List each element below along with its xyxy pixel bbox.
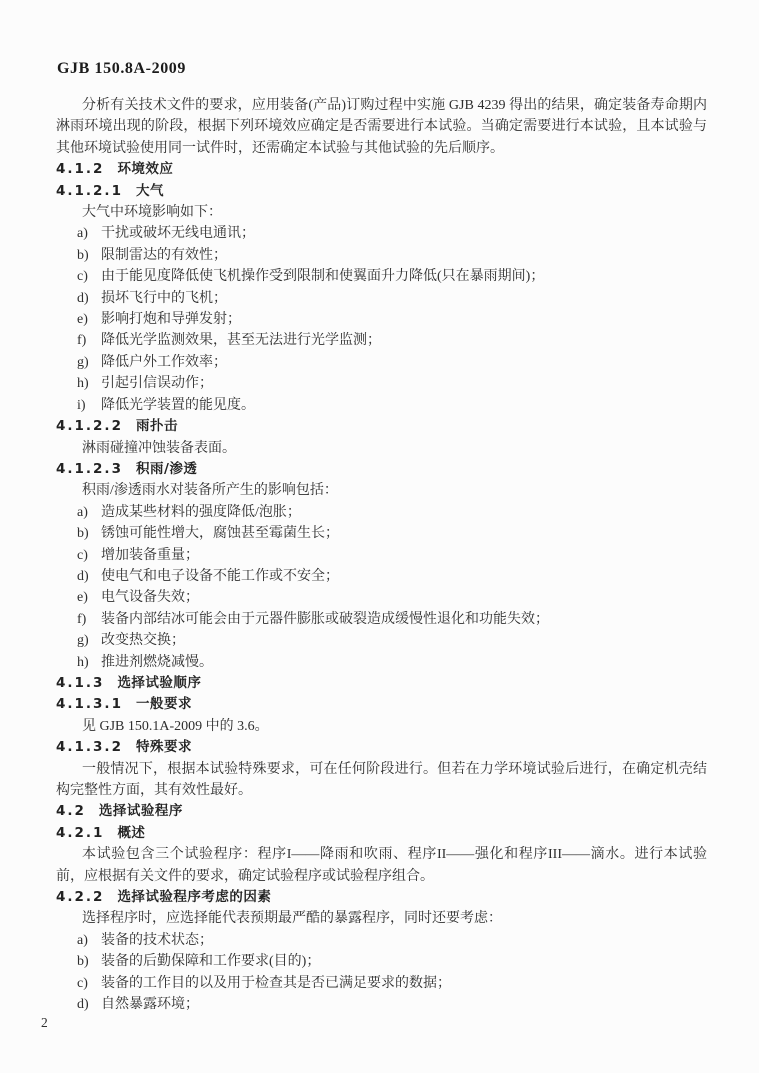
- section-heading: 4.1.2.3积雨/渗透: [56, 459, 707, 480]
- list-item-text: 由于能见度降低使飞机操作受到限制和使翼面升力降低(只在暴雨期间)；: [101, 266, 707, 287]
- section-heading: 4.1.3.2特殊要求: [56, 737, 707, 758]
- section-heading: 4.2.2选择试验程序考虑的因素: [56, 887, 707, 908]
- section-title: 特殊要求: [136, 739, 192, 755]
- list-item-marker: d): [77, 566, 101, 587]
- section-title: 积雨/渗透: [136, 461, 197, 477]
- list-item: e)影响打炮和导弹发射；: [56, 309, 707, 330]
- list-item: d)自然暴露环境；: [56, 994, 707, 1015]
- list-item: a)造成某些材料的强度降低/泡胀；: [56, 502, 707, 523]
- section-heading: 4.1.2环境效应: [56, 159, 707, 180]
- list-item-text: 使电气和电子设备不能工作或不安全；: [101, 566, 707, 587]
- section-number: 4.2: [56, 803, 86, 819]
- list-item: g)改变热交换；: [56, 630, 707, 651]
- document-header: GJB 150.8A-2009: [57, 60, 186, 78]
- list-item-marker: d): [77, 288, 101, 309]
- list-item: d)使电气和电子设备不能工作或不安全；: [56, 566, 707, 587]
- list-item: c)增加装备重量；: [56, 545, 707, 566]
- list-item-marker: a): [77, 223, 101, 244]
- list-item: d)损坏飞行中的飞机；: [56, 288, 707, 309]
- list-item-marker: h): [77, 373, 101, 394]
- list-item-marker: d): [77, 994, 101, 1015]
- list-item-text: 降低光学装置的能见度。: [101, 395, 707, 416]
- paragraph: 本试验包含三个试验程序：程序I——降雨和吹雨、程序II——强化和程序III——滴…: [56, 844, 707, 887]
- section-heading: 4.2选择试验程序: [56, 801, 707, 822]
- section-title: 概述: [117, 825, 145, 841]
- list-item-marker: f): [77, 609, 101, 630]
- list-item: a)干扰或破坏无线电通讯；: [56, 223, 707, 244]
- section-number: 4.2.2: [56, 889, 104, 905]
- list-item: f)降低光学监测效果，甚至无法进行光学监测；: [56, 330, 707, 351]
- paragraph: 分析有关技术文件的要求，应用装备(产品)订购过程中实施 GJB 4239 得出的…: [56, 95, 707, 159]
- paragraph: 大气中环境影响如下：: [56, 202, 707, 223]
- section-number: 4.1.2: [56, 161, 104, 177]
- paragraph: 淋雨碰撞冲蚀装备表面。: [56, 438, 707, 459]
- list-item-marker: h): [77, 652, 101, 673]
- list-item-text: 损坏飞行中的飞机；: [101, 288, 707, 309]
- paragraph: 一般情况下，根据本试验特殊要求，可在任何阶段进行。但若在力学环境试验后进行，在确…: [56, 759, 707, 802]
- list-item-text: 增加装备重量；: [101, 545, 707, 566]
- section-number: 4.1.2.3: [56, 461, 123, 477]
- section-title: 环境效应: [117, 161, 173, 177]
- section-number: 4.2.1: [56, 825, 104, 841]
- list-item-text: 降低光学监测效果，甚至无法进行光学监测；: [101, 330, 707, 351]
- list-item: c)由于能见度降低使飞机操作受到限制和使翼面升力降低(只在暴雨期间)；: [56, 266, 707, 287]
- section-number: 4.1.2.1: [56, 183, 123, 199]
- list-item-marker: i): [77, 395, 101, 416]
- list-item-marker: b): [77, 523, 101, 544]
- list-item-text: 限制雷达的有效性；: [101, 245, 707, 266]
- section-heading: 4.2.1概述: [56, 823, 707, 844]
- list-item-text: 干扰或破坏无线电通讯；: [101, 223, 707, 244]
- list-item-marker: e): [77, 587, 101, 608]
- list-item-text: 装备的工作目的以及用于检查其是否已满足要求的数据；: [101, 973, 707, 994]
- list-item: h)推进剂燃烧减慢。: [56, 652, 707, 673]
- list-item: b)装备的后勤保障和工作要求(目的)；: [56, 951, 707, 972]
- list-item-text: 改变热交换；: [101, 630, 707, 651]
- section-title: 雨扑击: [136, 418, 178, 434]
- section-title: 选择试验程序: [99, 803, 183, 819]
- section-title: 大气: [136, 183, 164, 199]
- list-item-text: 降低户外工作效率；: [101, 352, 707, 373]
- section-heading: 4.1.2.1大气: [56, 181, 707, 202]
- paragraph: 积雨/渗透雨水对装备所产生的影响包括：: [56, 480, 707, 501]
- list-item-marker: c): [77, 266, 101, 287]
- list-item: f)装备内部结冰可能会由于元器件膨胀或破裂造成缓慢性退化和功能失效；: [56, 609, 707, 630]
- list-item: e)电气设备失效；: [56, 587, 707, 608]
- list-item-marker: g): [77, 630, 101, 651]
- list-item: b)锈蚀可能性增大，腐蚀甚至霉菌生长；: [56, 523, 707, 544]
- list-item-text: 造成某些材料的强度降低/泡胀；: [101, 502, 707, 523]
- list-item-text: 电气设备失效；: [101, 587, 707, 608]
- paragraph: 见 GJB 150.1A-2009 中的 3.6。: [56, 716, 707, 737]
- list-item-text: 装备内部结冰可能会由于元器件膨胀或破裂造成缓慢性退化和功能失效；: [101, 609, 707, 630]
- list-item-text: 推进剂燃烧减慢。: [101, 652, 707, 673]
- list-item-marker: g): [77, 352, 101, 373]
- list-item-marker: b): [77, 951, 101, 972]
- section-number: 4.1.3.2: [56, 739, 123, 755]
- paragraph: 选择程序时，应选择能代表预期最严酷的暴露程序，同时还要考虑：: [56, 908, 707, 929]
- section-title: 选择试验程序考虑的因素: [117, 889, 271, 905]
- section-number: 4.1.2.2: [56, 418, 123, 434]
- list-item-marker: a): [77, 930, 101, 951]
- list-item-marker: c): [77, 973, 101, 994]
- list-item: h)引起引信误动作；: [56, 373, 707, 394]
- section-number: 4.1.3: [56, 675, 104, 691]
- list-item: b)限制雷达的有效性；: [56, 245, 707, 266]
- section-heading: 4.1.3选择试验顺序: [56, 673, 707, 694]
- section-title: 选择试验顺序: [117, 675, 201, 691]
- list-item-text: 引起引信误动作；: [101, 373, 707, 394]
- list-item: a)装备的技术状态；: [56, 930, 707, 951]
- list-item: g)降低户外工作效率；: [56, 352, 707, 373]
- list-item-marker: a): [77, 502, 101, 523]
- list-item-marker: e): [77, 309, 101, 330]
- section-number: 4.1.3.1: [56, 696, 123, 712]
- document-body: 分析有关技术文件的要求，应用装备(产品)订购过程中实施 GJB 4239 得出的…: [56, 95, 707, 1015]
- section-heading: 4.1.3.1一般要求: [56, 694, 707, 715]
- list-item-text: 锈蚀可能性增大，腐蚀甚至霉菌生长；: [101, 523, 707, 544]
- list-item-text: 自然暴露环境；: [101, 994, 707, 1015]
- section-heading: 4.1.2.2雨扑击: [56, 416, 707, 437]
- page-number: 2: [41, 1015, 48, 1031]
- list-item-text: 影响打炮和导弹发射；: [101, 309, 707, 330]
- list-item-marker: c): [77, 545, 101, 566]
- list-item: c)装备的工作目的以及用于检查其是否已满足要求的数据；: [56, 973, 707, 994]
- list-item-text: 装备的后勤保障和工作要求(目的)；: [101, 951, 707, 972]
- list-item-marker: b): [77, 245, 101, 266]
- list-item: i)降低光学装置的能见度。: [56, 395, 707, 416]
- list-item-marker: f): [77, 330, 101, 351]
- section-title: 一般要求: [136, 696, 192, 712]
- list-item-text: 装备的技术状态；: [101, 930, 707, 951]
